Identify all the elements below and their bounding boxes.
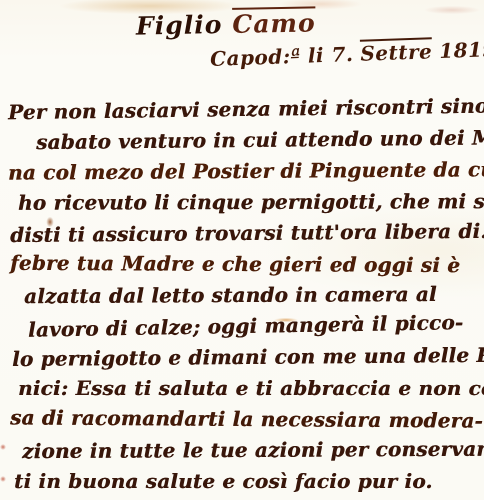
- dateline-place: Capod:ª: [210, 44, 302, 71]
- letter-line: sa di racomandarti la necessiara modera-: [6, 402, 482, 436]
- dateline-month: Settre: [360, 39, 433, 65]
- dateline-year: 1819: [439, 37, 484, 63]
- letter-line: lo pernigotto e dimani con me una delle …: [6, 340, 482, 375]
- letter-line: sabato venturo in cui attendo uno dei Ma…: [6, 123, 482, 159]
- letter-page: FiglioCamo Capod:ªli 7.Settre1819 Per no…: [0, 0, 484, 500]
- letter-line: ho ricevuto li cinque pernigotti, che mi…: [6, 186, 482, 219]
- letter-line: na col mezo del Postier di Pinguente da …: [6, 154, 482, 188]
- letter-line: disti ti assicuro trovarsi tutt'ora libe…: [6, 216, 482, 251]
- letter-body: Per non lasciarvi senza miei riscontri s…: [6, 94, 482, 497]
- letter-line: febre tua Madre e che gieri ed oggi si è: [6, 248, 482, 281]
- letter-line: nici: Essa ti saluta e ti abbraccia e no…: [6, 373, 482, 404]
- dateline-day: li 7.: [307, 42, 353, 68]
- letter-dateline: Capod:ªli 7.Settre1819: [210, 37, 484, 71]
- letter-salutation: FiglioCamo: [136, 8, 316, 40]
- salutation-word: Figlio: [136, 10, 223, 41]
- letter-line: zione in tutte le tue azioni per conserv…: [6, 434, 482, 467]
- letter-line: ti in buona salute e così facio pur io.: [6, 466, 482, 497]
- salutation-word-abbreviated: Camo: [232, 8, 316, 38]
